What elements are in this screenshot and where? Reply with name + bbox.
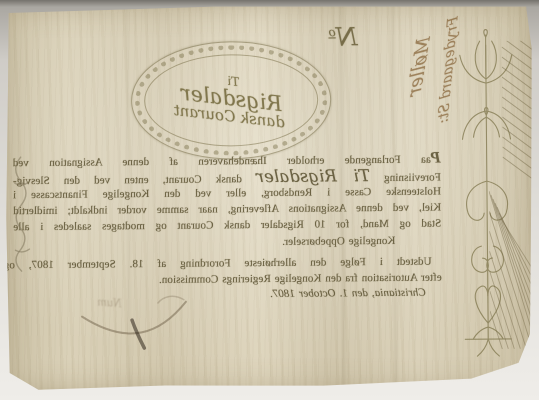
faint-handwriting-showthrough: Num [97,293,123,311]
signature-2: Møller [404,36,435,97]
text-line-9-dateline: Christiania, den 1. October 1807. [0,286,442,302]
line-2-pre: Foreviisning [384,171,441,183]
mirrored-content-layer: Ti Rigsdaler dansk Courant No Frydegaard… [3,3,534,393]
line-2-denomination: Ti Rigsdaler [256,166,370,186]
text-line-6: Kongelige Oppebørseler. [0,234,441,250]
text-line-8: efter Autorisation fra den Kongelige Reg… [14,271,442,287]
line-2-post: dansk Courant, enten ved den Slesvig- [13,173,242,187]
serial-number-mark: No [328,22,357,51]
marginal-pen-flourish [9,153,36,289]
text-line-3: Holsteenske Casse i Rendsborg, eller ved… [13,185,441,201]
drop-cap-initial: P [431,150,441,167]
edge-hatching-top [502,41,533,181]
oval-denomination-stamp: Ti Rigsdaler dansk Courant [131,40,332,160]
banknote-paper: Ti Rigsdaler dansk Courant No Frydegaard… [3,3,534,393]
text-line-4: Kiel, ved denne Assignations Aflevering,… [13,201,441,217]
edge-hatching-bottom [489,189,534,349]
ink-showthrough-strokes [74,288,195,359]
serial-o: o [328,25,335,39]
photo-backdrop: Ti Rigsdaler dansk Courant No Frydegaard… [0,0,539,400]
text-line-7: Udstedt i Følge den allerhøieste Forordn… [4,255,442,271]
text-line-5: Stad og Mand, for 10 Rigsdaler dansk Cou… [13,217,441,233]
serial-n: N [336,22,358,51]
text-line-2: Foreviisning Ti Rigsdaler dansk Courant,… [13,166,441,189]
